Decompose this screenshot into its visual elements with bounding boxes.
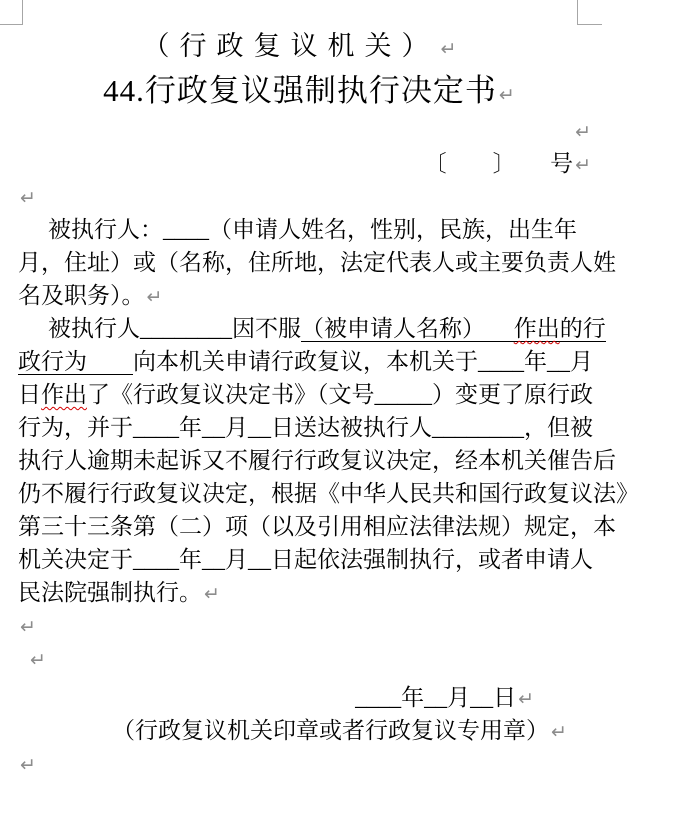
- text-segment: 月，住址）或（名称，住所地，法定代表人或主要负责人姓: [18, 250, 616, 275]
- text-segment: 月: [570, 349, 593, 374]
- text-segment: __: [248, 415, 271, 440]
- text-segment: 年: [401, 685, 424, 710]
- party-paragraph-line: 被执行人：____（申请人姓名，性别，民族，出生年: [0, 213, 679, 246]
- text-segment: 了《行政复议决定书》（文号: [87, 382, 375, 407]
- text-segment: 月: [447, 685, 470, 710]
- text-segment: 执行人逾期未起诉又不履行行政复议决定，经本机关催告后: [18, 448, 616, 473]
- text-segment: 第三十三条第（二）项（以及引用相应法律法规）规定，本: [18, 514, 616, 539]
- doc-number-line: 〔 〕 号↵: [0, 147, 679, 180]
- text-segment: __: [248, 547, 271, 572]
- text-segment: __: [202, 415, 225, 440]
- text-segment: ____: [478, 349, 524, 374]
- paragraph-mark-icon: ↵: [204, 583, 220, 605]
- underlined-text: [485, 316, 514, 342]
- paragraph-mark-icon: ↵: [575, 154, 591, 176]
- spellcheck-flagged-text: 作出: [514, 316, 560, 342]
- margin-crop-mark-top-right-icon: [577, 0, 602, 25]
- text-segment: （行政复议机关印章或者行政复议专用章）: [112, 718, 549, 743]
- paragraph-mark-icon: ↵: [147, 286, 163, 308]
- margin-crop-mark-top-left-icon: [0, 0, 23, 25]
- text-segment: ____: [133, 547, 179, 572]
- party-paragraph-line: 名及职务）。↵: [0, 279, 679, 312]
- text-segment: __: [470, 685, 493, 710]
- text-segment: 行为，并于: [18, 415, 133, 440]
- text-segment: 年: [179, 547, 202, 572]
- text-segment: ____: [355, 685, 401, 710]
- document-page: （行政复议机关）↵44.行政复议强制执行决定书↵↵〔 〕 号↵↵被执行人：___…: [0, 0, 679, 813]
- text-segment: ________: [432, 415, 524, 440]
- text-segment: ____: [133, 415, 179, 440]
- text-segment: 年: [179, 415, 202, 440]
- text-segment: 年: [524, 349, 547, 374]
- text-segment: ________: [140, 316, 232, 341]
- text-segment: 月: [225, 415, 248, 440]
- text-segment: 日: [493, 685, 516, 710]
- text-segment: 44.行政复议强制执行决定书: [103, 73, 497, 108]
- paragraph-mark-icon: ↵: [499, 84, 516, 106]
- paragraph-mark-icon: ↵: [518, 688, 534, 710]
- document-text-area[interactable]: （行政复议机关）↵44.行政复议强制执行决定书↵↵〔 〕 号↵↵被执行人：___…: [0, 24, 679, 780]
- decision-paragraph-line: 行为，并于____年__月__日送达被执行人________，但被: [0, 411, 679, 444]
- text-segment: 名及职务）。: [18, 283, 145, 308]
- underlined-text: （被申请人名称）: [301, 316, 485, 342]
- text-segment: 仍不履行行政复议决定，根据《中华人民共和国行政复议法》: [18, 481, 639, 506]
- text-segment: ，但被: [524, 415, 593, 440]
- paragraph-mark-icon: ↵: [20, 187, 36, 209]
- text-segment: 因不服: [232, 316, 301, 341]
- text-segment: 日: [18, 382, 41, 407]
- empty-line: ↵: [0, 747, 679, 780]
- empty-line: ↵: [0, 642, 679, 675]
- date-line: ____年__月__日↵: [0, 681, 679, 714]
- paragraph-mark-icon: ↵: [441, 38, 467, 60]
- text-segment: __: [202, 547, 225, 572]
- paragraph-mark-icon: ↵: [575, 121, 591, 143]
- decision-paragraph-line: 民法院强制执行。↵: [0, 576, 679, 609]
- text-segment: 机关决定于: [18, 547, 133, 572]
- text-segment: __: [547, 349, 570, 374]
- decision-paragraph-line: 机关决定于____年__月__日起依法强制执行，或者申请人: [0, 543, 679, 576]
- empty-line: ↵: [0, 609, 679, 642]
- spellcheck-flagged-text: 作出: [41, 382, 87, 407]
- title-line: 44.行政复议强制执行决定书↵: [0, 68, 679, 114]
- text-segment: 日送达被执行人: [271, 415, 432, 440]
- underlined-text: 政行为: [18, 349, 87, 375]
- underlined-text: [87, 349, 133, 375]
- text-segment: ____: [163, 217, 209, 242]
- decision-paragraph-line: 执行人逾期未起诉又不履行行政复议决定，经本机关催告后: [0, 444, 679, 477]
- paragraph-mark-icon: ↵: [551, 721, 567, 743]
- decision-paragraph-line: 被执行人________因不服（被申请人名称） 作出的行: [0, 312, 679, 345]
- text-segment: __: [424, 685, 447, 710]
- empty-line: ↵: [0, 114, 679, 147]
- decision-paragraph-line: 政行为 向本机关申请行政复议，本机关于____年__月: [0, 345, 679, 378]
- text-segment: 月: [225, 547, 248, 572]
- text-segment: 民法院强制执行。: [18, 580, 202, 605]
- text-segment: 被执行人: [48, 316, 140, 341]
- decision-paragraph-line: 仍不履行行政复议决定，根据《中华人民共和国行政复议法》: [0, 477, 679, 510]
- text-segment: _____: [375, 382, 433, 407]
- org-heading-line: （行政复议机关）↵: [0, 24, 679, 68]
- text-segment: （行政复议机关）: [143, 31, 439, 61]
- party-paragraph-line: 月，住址）或（名称，住所地，法定代表人或主要负责人姓: [0, 246, 679, 279]
- text-segment: 向本机关申请行政复议，本机关于: [133, 349, 478, 374]
- paragraph-mark-icon: ↵: [20, 754, 36, 776]
- seal-line: （行政复议机关印章或者行政复议专用章）↵: [0, 714, 679, 747]
- underlined-text: 的行: [560, 316, 606, 342]
- text-segment: 被执行人：: [48, 217, 163, 242]
- text-segment: ）变更了原行政: [432, 382, 593, 407]
- decision-paragraph-line: 第三十三条第（二）项（以及引用相应法律法规）规定，本: [0, 510, 679, 543]
- decision-paragraph-line: 日作出了《行政复议决定书》（文号_____）变更了原行政: [0, 378, 679, 411]
- paragraph-mark-icon: ↵: [20, 616, 36, 638]
- paragraph-mark-icon: ↵: [30, 649, 46, 671]
- empty-line: ↵: [0, 180, 679, 213]
- text-segment: （申请人姓名，性别，民族，出生年: [209, 217, 577, 242]
- text-segment: 日起依法强制执行，或者申请人: [271, 547, 593, 572]
- text-segment: 〔 〕 号: [424, 151, 574, 176]
